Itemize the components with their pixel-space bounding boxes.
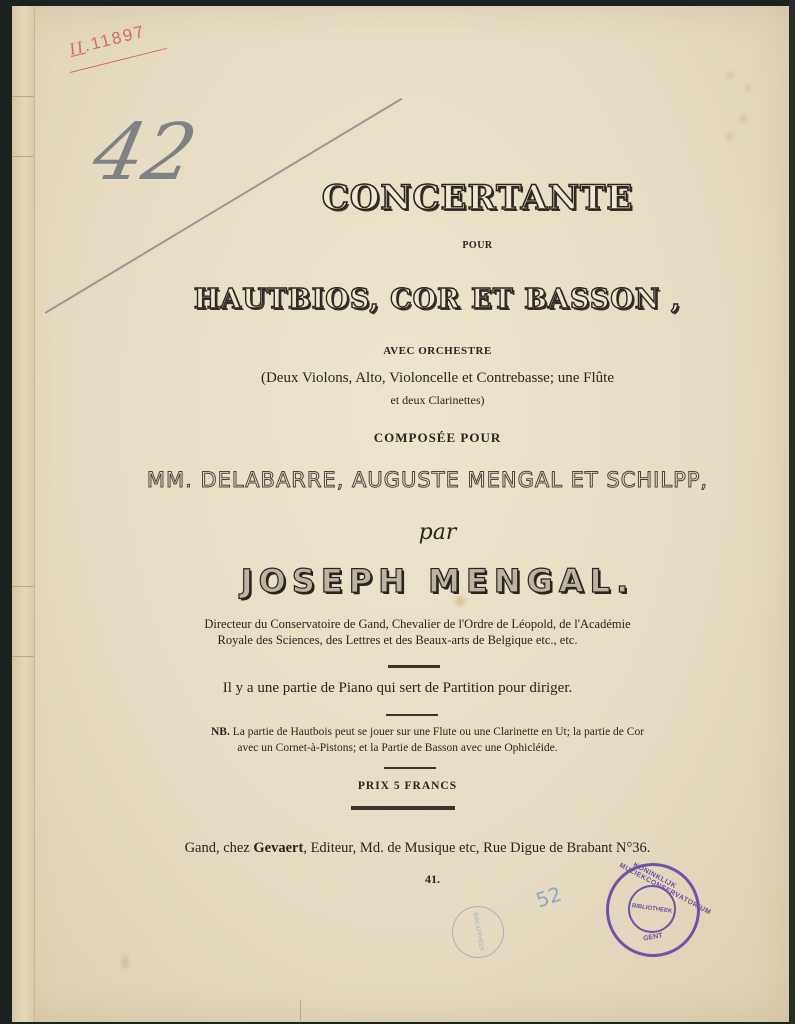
foxing-stain [727, 72, 733, 78]
solo-instruments: HAUTBIOS, COR ET BASSON , [0, 284, 795, 315]
piano-note: Il y a une partie de Piano qui sert de P… [0, 680, 795, 697]
binding-spine [12, 6, 35, 1022]
nb-note-line-1: NB. La partie de Hautbois peut se jouer … [0, 726, 795, 738]
publisher-city: Gand, chez [185, 840, 254, 856]
orchestration-line-1: (Deux Violons, Alto, Violoncelle et Cont… [0, 370, 795, 387]
foxing-stain [740, 115, 747, 122]
shelfmark-roman: II [67, 37, 86, 59]
divider-rule [386, 714, 438, 716]
foxing-stain [122, 955, 128, 969]
spine-fold [12, 656, 34, 657]
orchestration-line-2: et deux Clarinettes) [0, 393, 795, 408]
publisher-imprint: Gand, chez Gevaert, Editeur, Md. de Musi… [0, 840, 795, 857]
composer-name: JOSEPH MENGAL. [0, 562, 795, 600]
composee-pour: COMPOSÉE POUR [0, 430, 795, 446]
foxing-stain [726, 133, 733, 140]
publisher-address: , Editeur, Md. de Musique etc, Rue Digue… [303, 840, 650, 856]
paper-crease [300, 1000, 301, 1024]
par-label: par [0, 520, 795, 545]
foxing-stain [745, 85, 751, 91]
conservatory-library-stamp: KONINKLIJK MUZIEKCONSERVATORIUM BIBLIOTH… [606, 863, 700, 957]
faded-stamp-text: BIBLIOTHEEK [472, 912, 485, 952]
nb-note-line-2: avec un Cornet-à-Pistons; et la Partie d… [0, 742, 795, 754]
nb-text: La partie de Hautbois peut se jouer sur … [230, 726, 644, 738]
dedicatees: MM. DELABARRE, AUGUSTE MENGAL ET SCHILPP… [0, 468, 795, 492]
divider-rule [384, 767, 436, 769]
composer-titles-line-2: Royale des Sciences, des Lettres et des … [0, 633, 795, 648]
spine-fold [12, 156, 34, 157]
spine-fold [12, 96, 34, 97]
nb-label: NB. [211, 726, 230, 738]
avec-orchestre: AVEC ORCHESTRE [0, 345, 795, 357]
divider-rule [388, 665, 440, 668]
divider-rule-thick [351, 806, 455, 810]
work-title: CONCERTANTE [0, 178, 795, 218]
price: PRIX 5 FRANCS [0, 780, 795, 792]
composer-titles-line-1: Directeur du Conservatoire de Gand, Chev… [0, 617, 795, 632]
stamp-center-text: BIBLIOTHEEK [631, 903, 672, 915]
background-edge [789, 0, 795, 1024]
publisher-name: Gevaert [253, 840, 303, 856]
pour-label: POUR [0, 240, 795, 251]
